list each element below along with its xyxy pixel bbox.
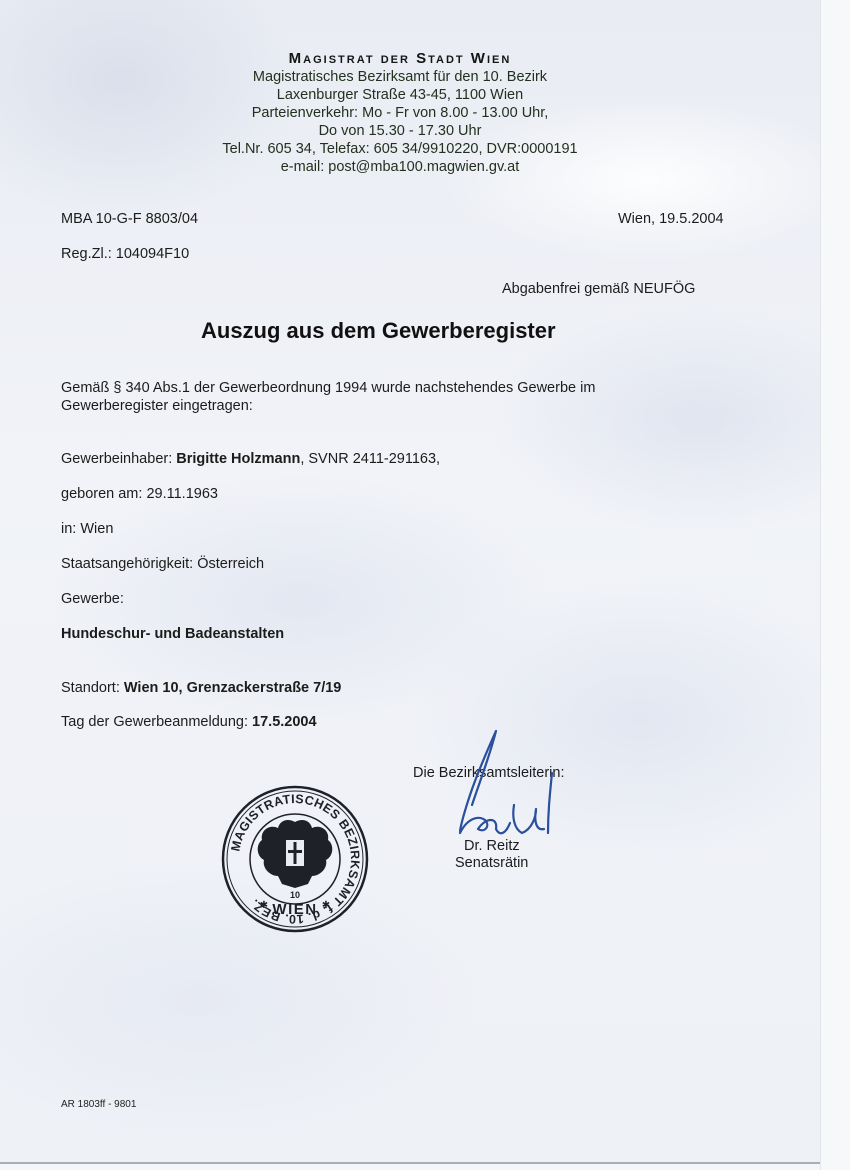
citizenship-value: Österreich xyxy=(197,556,264,572)
official-seal-stamp: MAGISTRATISCHES BEZIRKSAMT f. d. 10. BEZ… xyxy=(220,784,370,934)
office-name: Magistratisches Bezirksamt für den 10. B… xyxy=(200,68,600,86)
birthplace-row: in: Wien xyxy=(61,521,113,537)
file-number: MBA 10-G-F 8803/04 xyxy=(61,211,198,227)
form-code: AR 1803ff - 9801 xyxy=(61,1099,136,1110)
authority-name: Magistrat der Stadt Wien xyxy=(200,50,600,68)
birth-date-row: geboren am: 29.11.1963 xyxy=(61,486,218,502)
email-address: e-mail: post@mba100.magwien.gv.at xyxy=(200,158,600,176)
trade-label: Gewerbe: xyxy=(61,591,124,607)
citizenship-label: Staatsangehörigkeit: xyxy=(61,556,197,572)
location-value: Wien 10, Grenzackerstraße 7/19 xyxy=(124,680,342,696)
intro-text-line-1: Gemäß § 340 Abs.1 der Gewerbeordnung 199… xyxy=(61,380,595,396)
location-label: Standort: xyxy=(61,680,124,696)
place-date: Wien, 19.5.2004 xyxy=(618,211,724,227)
fee-exemption-note: Abgabenfrei gemäß NEUFÖG xyxy=(502,281,695,297)
registration-date-value: 17.5.2004 xyxy=(252,714,317,730)
registration-date-row: Tag der Gewerbeanmeldung: 17.5.2004 xyxy=(61,714,317,730)
office-hours-weekdays: Parteienverkehr: Mo - Fr von 8.00 - 13.0… xyxy=(200,104,600,122)
scanner-margin xyxy=(820,0,850,1170)
signatory-title: Senatsrätin xyxy=(455,855,528,871)
contact-numbers: Tel.Nr. 605 34, Telefax: 605 34/9910220,… xyxy=(200,140,600,158)
office-hours-thursday: Do von 15.30 - 17.30 Uhr xyxy=(200,122,600,140)
registration-date-label: Tag der Gewerbeanmeldung: xyxy=(61,714,252,730)
letterhead: Magistrat der Stadt Wien Magistratisches… xyxy=(200,50,600,176)
registration-number: Reg.Zl.: 104094F10 xyxy=(61,246,189,262)
stamp-district-number: 10 xyxy=(290,890,300,900)
stamp-star-right-icon: ✱ xyxy=(322,900,330,911)
double-headed-eagle-icon xyxy=(258,820,333,888)
handwritten-signature-icon xyxy=(440,725,570,845)
birthplace-label: in: xyxy=(61,521,80,537)
owner-name: Brigitte Holzmann xyxy=(176,451,300,467)
citizenship-row: Staatsangehörigkeit: Österreich xyxy=(61,556,264,572)
owner-svnr: , SVNR 2411-291163, xyxy=(300,451,440,467)
owner-label: Gewerbeinhaber: xyxy=(61,451,176,467)
birth-date-value: 29.11.1963 xyxy=(146,486,218,502)
trade-value: Hundeschur- und Badeanstalten xyxy=(61,626,284,642)
location-row: Standort: Wien 10, Grenzackerstraße 7/19 xyxy=(61,680,341,696)
intro-text-line-2: Gewerberegister eingetragen: xyxy=(61,398,253,414)
birth-date-label: geboren am: xyxy=(61,486,146,502)
stamp-city: WIEN xyxy=(272,901,317,918)
office-address: Laxenburger Straße 43-45, 1100 Wien xyxy=(200,86,600,104)
owner-row: Gewerbeinhaber: Brigitte Holzmann, SVNR … xyxy=(61,451,440,467)
signatory-name: Dr. Reitz xyxy=(464,838,520,854)
document-title: Auszug aus dem Gewerberegister xyxy=(201,318,556,344)
stamp-star-left-icon: ✱ xyxy=(260,900,268,911)
birthplace-value: Wien xyxy=(80,521,113,537)
